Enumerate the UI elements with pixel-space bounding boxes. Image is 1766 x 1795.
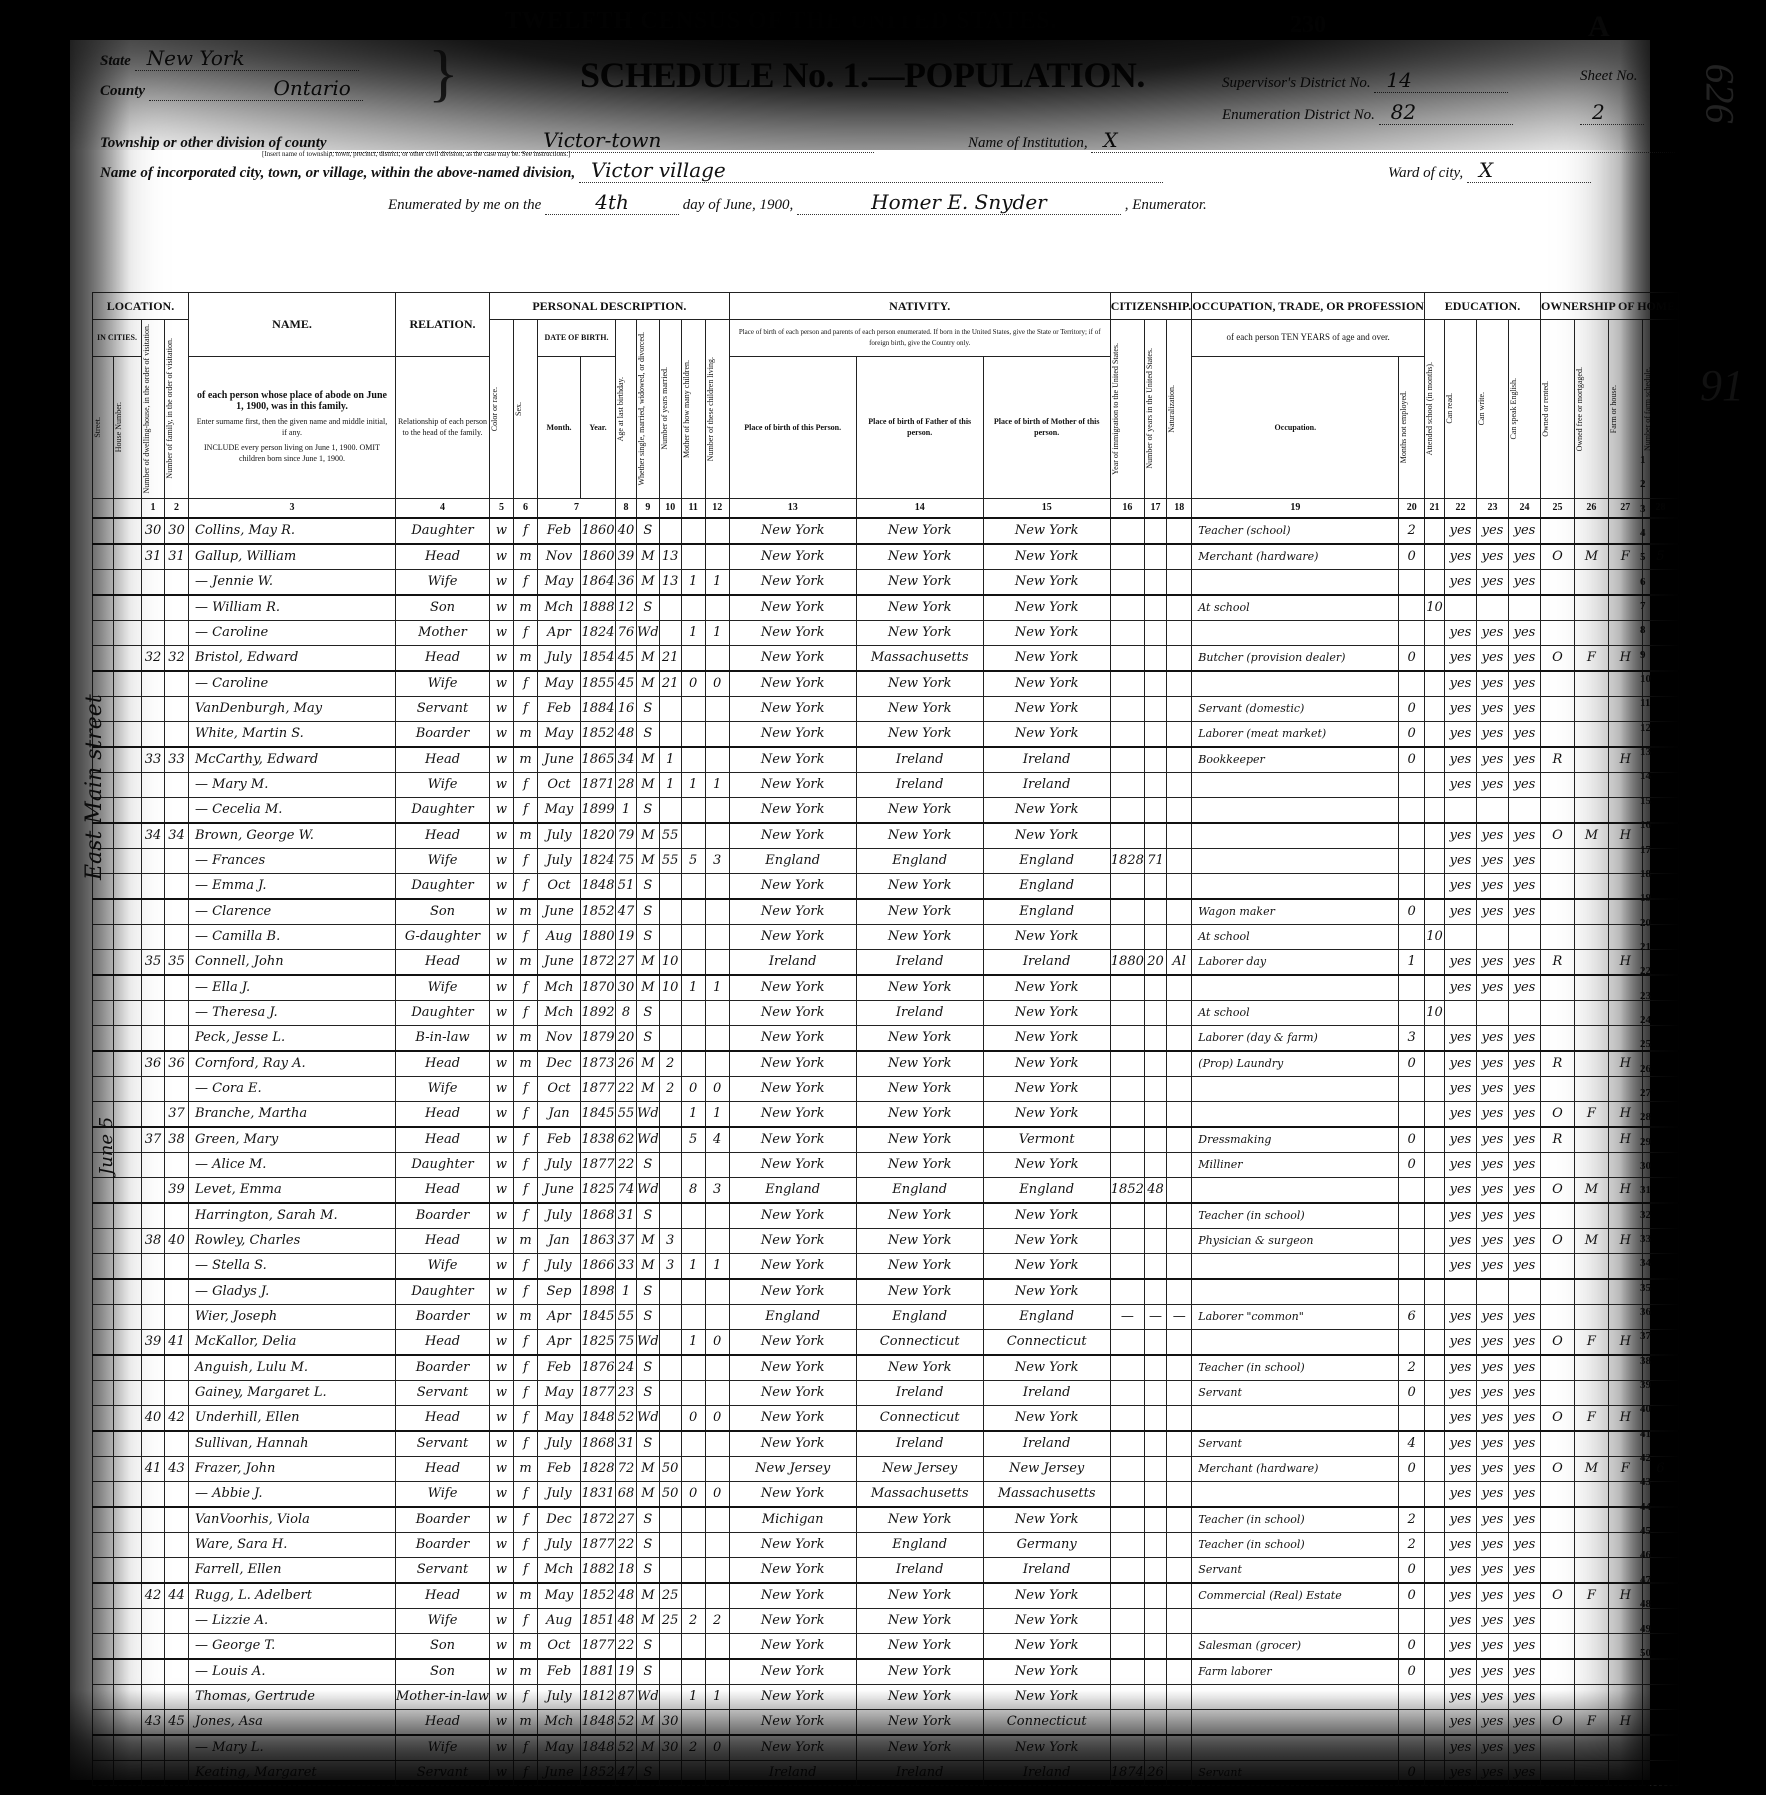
immigration-year: [1110, 772, 1144, 797]
years-in-us: [1144, 1152, 1166, 1177]
occupation: [1192, 1101, 1399, 1127]
naturalization: [1167, 696, 1192, 721]
children-born: [681, 1532, 705, 1557]
farm-or-house: H: [1608, 645, 1642, 671]
table-row: 3535Connell, JohnHeadwmJune187227M10Irel…: [93, 949, 1679, 975]
owned-or-rented: [1540, 1025, 1574, 1051]
months-unemployed: [1399, 671, 1425, 697]
birthplace-mother: New York: [983, 1228, 1110, 1253]
person-name: — Cora E.: [189, 1076, 396, 1101]
color: w: [490, 899, 514, 925]
naturalization: [1167, 1507, 1192, 1533]
free-or-mortgaged: [1574, 1279, 1608, 1305]
family-number: [165, 924, 189, 949]
free-or-mortgaged: [1574, 1735, 1608, 1761]
birth-year: 1864: [581, 569, 616, 595]
table-row: 4042Underhill, EllenHeadwfMay184852Wd00N…: [93, 1405, 1679, 1431]
relation: Wife: [396, 1608, 490, 1633]
table-row: — Emma J.DaughterwfOct184851SNew YorkNew…: [93, 873, 1679, 899]
can-speak-english: yes: [1508, 975, 1540, 1001]
can-speak-english: yes: [1508, 671, 1540, 697]
owned-or-rented: O: [1540, 1456, 1574, 1481]
line-numbers: 1234567891011121314151617181920212223242…: [1640, 448, 1670, 1665]
occupation: Servant: [1192, 1557, 1399, 1583]
birthplace-mother: New York: [983, 1608, 1110, 1633]
farm-or-house: [1608, 1380, 1642, 1405]
immigration-year: —: [1110, 1304, 1144, 1329]
occupation: [1192, 772, 1399, 797]
color: w: [490, 949, 514, 975]
immigration-year: [1110, 1583, 1144, 1609]
can-read: yes: [1444, 1583, 1476, 1609]
free-or-mortgaged: [1574, 1507, 1608, 1533]
owned-or-rented: [1540, 1684, 1574, 1709]
farm-or-house: [1608, 1507, 1642, 1533]
birthplace-person: New York: [729, 721, 856, 747]
family-number: [165, 620, 189, 645]
dwelling-number: [142, 1507, 165, 1533]
relation: Head: [396, 1127, 490, 1153]
children-born: [681, 1431, 705, 1457]
years-married: [659, 595, 681, 621]
marital-status: M: [637, 772, 660, 797]
person-name: — Emma J.: [189, 873, 396, 899]
birthplace-person: New York: [729, 1709, 856, 1735]
relation: Head: [396, 544, 490, 570]
children-born: 1: [681, 620, 705, 645]
sex: f: [514, 848, 538, 873]
birth-month: July: [538, 1203, 581, 1229]
house-number-cell: [114, 518, 142, 544]
years-in-us: [1144, 747, 1166, 773]
birthplace-person: New York: [729, 1329, 856, 1355]
months-unemployed: 0: [1399, 721, 1425, 747]
school-months: [1424, 1203, 1444, 1229]
color: w: [490, 1025, 514, 1051]
house-number-cell: [114, 1152, 142, 1177]
dwelling-number: [142, 595, 165, 621]
table-row: Sullivan, HannahServantwfJuly186831SNew …: [93, 1431, 1679, 1457]
family-number: 37: [165, 1101, 189, 1127]
birthplace-person: New York: [729, 1583, 856, 1609]
birthplace-person: New York: [729, 1000, 856, 1025]
farm-or-house: [1608, 518, 1642, 544]
children-living: [705, 1203, 729, 1229]
birthplace-father: New York: [856, 1608, 983, 1633]
family-number: [165, 595, 189, 621]
birthplace-person: New York: [729, 1253, 856, 1279]
line-number: 32: [1640, 1203, 1670, 1227]
birthplace-person: New York: [729, 620, 856, 645]
owned-or-rented: [1540, 1203, 1574, 1229]
sex: f: [514, 1532, 538, 1557]
birthplace-father: New York: [856, 1684, 983, 1709]
table-row: — Abbie J.WifewfJuly183168M5000New YorkM…: [93, 1481, 1679, 1507]
naturalization: [1167, 1633, 1192, 1659]
relation: Wife: [396, 1735, 490, 1761]
can-speak-english: yes: [1508, 899, 1540, 925]
dwelling-number: [142, 1380, 165, 1405]
can-read: yes: [1444, 1025, 1476, 1051]
relation: Wife: [396, 1076, 490, 1101]
free-or-mortgaged: M: [1574, 544, 1608, 570]
naturalization: [1167, 1431, 1192, 1457]
farm-or-house: H: [1608, 949, 1642, 975]
sex: f: [514, 1735, 538, 1761]
personal-description-header: PERSONAL DESCRIPTION.: [490, 293, 730, 320]
farm-or-house: [1608, 569, 1642, 595]
can-write: yes: [1476, 1684, 1508, 1709]
months-unemployed: 0: [1399, 1557, 1425, 1583]
months-unemployed: [1399, 1735, 1425, 1761]
occupation: [1192, 848, 1399, 873]
free-or-mortgaged: [1574, 1760, 1608, 1785]
color: w: [490, 1659, 514, 1685]
birth-year: 1866: [581, 1253, 616, 1279]
table-row: VanVoorhis, ViolaBoarderwfDec187227SMich…: [93, 1507, 1679, 1533]
enumerated-line: Enumerated by me on the 4th day of June,…: [388, 190, 1207, 215]
person-name: Harrington, Sarah M.: [189, 1203, 396, 1229]
immigration-year: [1110, 1709, 1144, 1735]
birthplace-mother: Ireland: [983, 1380, 1110, 1405]
birthplace-person: New York: [729, 924, 856, 949]
age: 48: [616, 721, 637, 747]
can-read: yes: [1444, 544, 1476, 570]
marital-status: M: [637, 671, 660, 697]
birthplace-father: New York: [856, 544, 983, 570]
farm-or-house: [1608, 772, 1642, 797]
birthplace-father: New York: [856, 1152, 983, 1177]
children-living: [705, 1431, 729, 1457]
birth-year: 1860: [581, 544, 616, 570]
family-number: [165, 797, 189, 823]
immigration-year: [1110, 1076, 1144, 1101]
birthplace-mother: Vermont: [983, 1127, 1110, 1153]
age: 75: [616, 1329, 637, 1355]
table-row: 3738Green, MaryHeadwfFeb183862Wd54New Yo…: [93, 1127, 1679, 1153]
birthplace-father: England: [856, 1304, 983, 1329]
years-married: 50: [659, 1456, 681, 1481]
sex: m: [514, 899, 538, 925]
occupation: Teacher (in school): [1192, 1532, 1399, 1557]
free-or-mortgaged: M: [1574, 1228, 1608, 1253]
children-born: [681, 1228, 705, 1253]
birthplace-mother: Massachusetts: [983, 1481, 1110, 1507]
school-months: [1424, 747, 1444, 773]
owned-or-rented: R: [1540, 949, 1574, 975]
nativity-header: NATIVITY.: [729, 293, 1110, 320]
house-number-cell: [114, 1507, 142, 1533]
table-row: 3333McCarthy, EdwardHeadwmJune186534M1Ne…: [93, 747, 1679, 773]
color: w: [490, 721, 514, 747]
family-number: [165, 1633, 189, 1659]
color: w: [490, 975, 514, 1001]
naturalization: [1167, 848, 1192, 873]
street-cell: [93, 620, 114, 645]
school-months: [1424, 518, 1444, 544]
family-number: [165, 1203, 189, 1229]
occupation: Dressmaking: [1192, 1127, 1399, 1153]
children-born: [681, 645, 705, 671]
table-row: — Cora E.WifewfOct187722M200New YorkNew …: [93, 1076, 1679, 1101]
family-number: 32: [165, 645, 189, 671]
sex: m: [514, 1304, 538, 1329]
owned-or-rented: O: [1540, 1329, 1574, 1355]
birth-year: 1852: [581, 899, 616, 925]
birth-month: May: [538, 569, 581, 595]
birthplace-person: Ireland: [729, 1760, 856, 1785]
children-born: [681, 949, 705, 975]
birthplace-person: New York: [729, 645, 856, 671]
line-number: 47: [1640, 1568, 1670, 1592]
can-speak-english: [1508, 924, 1540, 949]
farm-or-house: H: [1608, 1709, 1642, 1735]
free-or-mortgaged: [1574, 1025, 1608, 1051]
months-unemployed: [1399, 595, 1425, 621]
age: 37: [616, 1228, 637, 1253]
dwelling-number: 35: [142, 949, 165, 975]
naturalization: [1167, 1456, 1192, 1481]
can-speak-english: yes: [1508, 1557, 1540, 1583]
immigration-year: [1110, 1608, 1144, 1633]
dwelling-number: [142, 620, 165, 645]
occupation: Laborer day: [1192, 949, 1399, 975]
children-living: [705, 797, 729, 823]
family-number: [165, 975, 189, 1001]
can-speak-english: yes: [1508, 1304, 1540, 1329]
owned-or-rented: O: [1540, 645, 1574, 671]
free-or-mortgaged: [1574, 1152, 1608, 1177]
can-speak-english: yes: [1508, 1456, 1540, 1481]
birthplace-mother: New York: [983, 1684, 1110, 1709]
street-cell: [93, 645, 114, 671]
children-born: [681, 1557, 705, 1583]
months-unemployed: 2: [1399, 1532, 1425, 1557]
birth-month: Feb: [538, 696, 581, 721]
family-number: [165, 1431, 189, 1457]
dwelling-number: [142, 696, 165, 721]
color: w: [490, 1127, 514, 1153]
farm-or-house: [1608, 873, 1642, 899]
occupation: Salesman (grocer): [1192, 1633, 1399, 1659]
marital-status: Wd: [637, 620, 660, 645]
person-name: Gainey, Margaret L.: [189, 1380, 396, 1405]
house-number-cell: [114, 1633, 142, 1659]
birthplace-person: New York: [729, 569, 856, 595]
age: 75: [616, 848, 637, 873]
immigration-year: [1110, 1659, 1144, 1685]
marital-status: M: [637, 1709, 660, 1735]
free-or-mortgaged: [1574, 772, 1608, 797]
birthplace-mother: New York: [983, 1279, 1110, 1305]
age: 20: [616, 1025, 637, 1051]
age: 30: [616, 975, 637, 1001]
months-unemployed: [1399, 1228, 1425, 1253]
occupation: Servant: [1192, 1760, 1399, 1785]
birthplace-father: New York: [856, 1253, 983, 1279]
birthplace-mother: New York: [983, 721, 1110, 747]
immigration-year: 1880: [1110, 949, 1144, 975]
years-married: [659, 1405, 681, 1431]
children-living: 1: [705, 1101, 729, 1127]
sex: f: [514, 569, 538, 595]
house-number-cell: [114, 1583, 142, 1609]
can-speak-english: [1508, 595, 1540, 621]
birthplace-person: New York: [729, 1481, 856, 1507]
children-born: [681, 721, 705, 747]
birthplace-person: Michigan: [729, 1507, 856, 1533]
house-number-cell: [114, 1304, 142, 1329]
can-write: yes: [1476, 620, 1508, 645]
free-or-mortgaged: [1574, 595, 1608, 621]
free-or-mortgaged: [1574, 1304, 1608, 1329]
naturalization: [1167, 518, 1192, 544]
line-number: 28: [1640, 1105, 1670, 1129]
age: 27: [616, 949, 637, 975]
can-read: yes: [1444, 645, 1476, 671]
house-number-cell: [114, 671, 142, 697]
can-read: yes: [1444, 1152, 1476, 1177]
can-read: yes: [1444, 848, 1476, 873]
color: w: [490, 1507, 514, 1533]
age: 12: [616, 595, 637, 621]
can-speak-english: yes: [1508, 1177, 1540, 1203]
birth-month: May: [538, 1380, 581, 1405]
birthplace-person: Ireland: [729, 949, 856, 975]
birth-year: 1880: [581, 924, 616, 949]
can-speak-english: yes: [1508, 1431, 1540, 1457]
farm-or-house: [1608, 1481, 1642, 1507]
sex: m: [514, 1051, 538, 1077]
children-living: 0: [705, 1405, 729, 1431]
free-or-mortgaged: [1574, 1684, 1608, 1709]
can-read: yes: [1444, 1203, 1476, 1229]
family-number: [165, 1025, 189, 1051]
birth-month: Mch: [538, 1557, 581, 1583]
sex: f: [514, 924, 538, 949]
family-number: [165, 721, 189, 747]
children-living: 3: [705, 1177, 729, 1203]
years-in-us: [1144, 1279, 1166, 1305]
naturalization: [1167, 1000, 1192, 1025]
house-number-cell: [114, 949, 142, 975]
years-married: [659, 924, 681, 949]
house-number-cell: [114, 721, 142, 747]
occupation: [1192, 823, 1399, 849]
children-living: [705, 1152, 729, 1177]
can-write: [1476, 595, 1508, 621]
children-living: [705, 1456, 729, 1481]
children-born: 0: [681, 1481, 705, 1507]
naturalization: [1167, 1583, 1192, 1609]
immigration-year: [1110, 1203, 1144, 1229]
relation: B-in-law: [396, 1025, 490, 1051]
school-months: [1424, 1583, 1444, 1609]
can-write: yes: [1476, 975, 1508, 1001]
line-number: 25: [1640, 1032, 1670, 1056]
occupation: Teacher (in school): [1192, 1507, 1399, 1533]
free-or-mortgaged: F: [1574, 1583, 1608, 1609]
birth-month: Sep: [538, 1279, 581, 1305]
family-number: [165, 1532, 189, 1557]
street-cell: [93, 1684, 114, 1709]
birthplace-father: New York: [856, 1709, 983, 1735]
street-cell: [93, 1228, 114, 1253]
occupation: Servant: [1192, 1431, 1399, 1457]
years-married: 13: [659, 569, 681, 595]
can-write: yes: [1476, 873, 1508, 899]
dwelling-number: [142, 1355, 165, 1381]
house-number-cell: [114, 975, 142, 1001]
sex: m: [514, 1709, 538, 1735]
immigration-year: [1110, 671, 1144, 697]
can-read: yes: [1444, 1051, 1476, 1077]
birthplace-mother: New York: [983, 1735, 1110, 1761]
children-living: [705, 518, 729, 544]
can-speak-english: [1508, 797, 1540, 823]
can-read: yes: [1444, 1735, 1476, 1761]
farm-or-house: H: [1608, 1101, 1642, 1127]
occupation: Commercial (Real) Estate: [1192, 1583, 1399, 1609]
street-cell: [93, 1760, 114, 1785]
children-born: 1: [681, 975, 705, 1001]
person-name: — Caroline: [189, 620, 396, 645]
header-group-row: LOCATION. NAME. RELATION. PERSONAL DESCR…: [93, 293, 1679, 320]
years-in-us: [1144, 1431, 1166, 1457]
can-read: yes: [1444, 873, 1476, 899]
can-write: yes: [1476, 1456, 1508, 1481]
can-write: yes: [1476, 1329, 1508, 1355]
institution-value: X: [1091, 128, 1675, 153]
children-born: 1: [681, 1329, 705, 1355]
family-number: 30: [165, 518, 189, 544]
street-cell: [93, 1329, 114, 1355]
dwelling-number: [142, 797, 165, 823]
birth-year: 1845: [581, 1101, 616, 1127]
birth-month: Oct: [538, 1633, 581, 1659]
marital-status: Wd: [637, 1405, 660, 1431]
owned-or-rented: [1540, 1000, 1574, 1025]
relation: Daughter: [396, 797, 490, 823]
occupation: Farm laborer: [1192, 1659, 1399, 1685]
birthplace-mother: New York: [983, 1051, 1110, 1077]
can-speak-english: yes: [1508, 1709, 1540, 1735]
color: w: [490, 1355, 514, 1381]
can-speak-english: yes: [1508, 696, 1540, 721]
occupation: Bookkeeper: [1192, 747, 1399, 773]
marital-status: M: [637, 1076, 660, 1101]
owned-or-rented: R: [1540, 1127, 1574, 1153]
farm-or-house: [1608, 595, 1642, 621]
can-read: yes: [1444, 1659, 1476, 1685]
birth-month: June: [538, 1760, 581, 1785]
can-read: yes: [1444, 569, 1476, 595]
age: 55: [616, 1304, 637, 1329]
can-write: yes: [1476, 1405, 1508, 1431]
table-row: — Ella J.WifewfMch187030M1011New YorkNew…: [93, 975, 1679, 1001]
birthplace-father: New York: [856, 1228, 983, 1253]
immigration-year: [1110, 1633, 1144, 1659]
children-living: 1: [705, 620, 729, 645]
marital-status: M: [637, 747, 660, 773]
can-speak-english: yes: [1508, 1253, 1540, 1279]
sex: m: [514, 1633, 538, 1659]
free-or-mortgaged: [1574, 1608, 1608, 1633]
birthplace-father: Ireland: [856, 772, 983, 797]
color: w: [490, 595, 514, 621]
birthplace-father: New York: [856, 1507, 983, 1533]
relation: Head: [396, 1177, 490, 1203]
